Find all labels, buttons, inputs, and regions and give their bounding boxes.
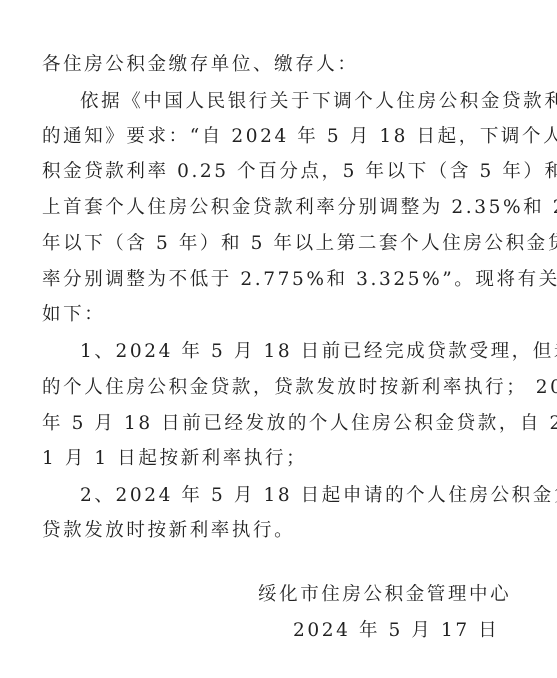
item-1-line: 1 月 1 日起按新利率执行； xyxy=(42,449,482,469)
body-line: 如下： xyxy=(42,305,482,325)
body-line: 的通知》要求：“自 2024 年 5 月 18 日起，下调个人住房公 xyxy=(42,127,482,147)
signature-date: 2024 年 5 月 17 日 xyxy=(293,621,499,641)
body-line: 率分别调整为不低于 2.775%和 3.325%”。现将有关要求通知 xyxy=(42,270,482,290)
body-line: 年以下（含 5 年）和 5 年以上第二套个人住房公积金贷款利 xyxy=(42,234,482,254)
body-line: 上首套个人住房公积金贷款利率分别调整为 2.35%和 2.85%，5 xyxy=(42,198,482,218)
item-2-line: 2、2024 年 5 月 18 日起申请的个人住房公积金贷款， xyxy=(80,486,520,506)
body-line: 积金贷款利率 0.25 个百分点，5 年以下（含 5 年）和 5 年以 xyxy=(42,162,482,182)
item-2-line: 贷款发放时按新利率执行。 xyxy=(42,521,482,541)
item-1-line: 年 5 月 18 日前已经发放的个人住房公积金贷款，自 2025 年 xyxy=(42,414,482,434)
item-1-line: 1、2024 年 5 月 18 日前已经完成贷款受理，但未发放 xyxy=(80,342,520,362)
item-1-line: 的个人住房公积金贷款，贷款发放时按新利率执行； 2024 xyxy=(42,378,482,398)
salutation: 各住房公积金缴存单位、缴存人： xyxy=(42,55,482,75)
body-line: 依据《中国人民银行关于下调个人住房公积金贷款利率 xyxy=(80,92,520,112)
signature-organization: 绥化市住房公积金管理中心 xyxy=(258,585,511,605)
